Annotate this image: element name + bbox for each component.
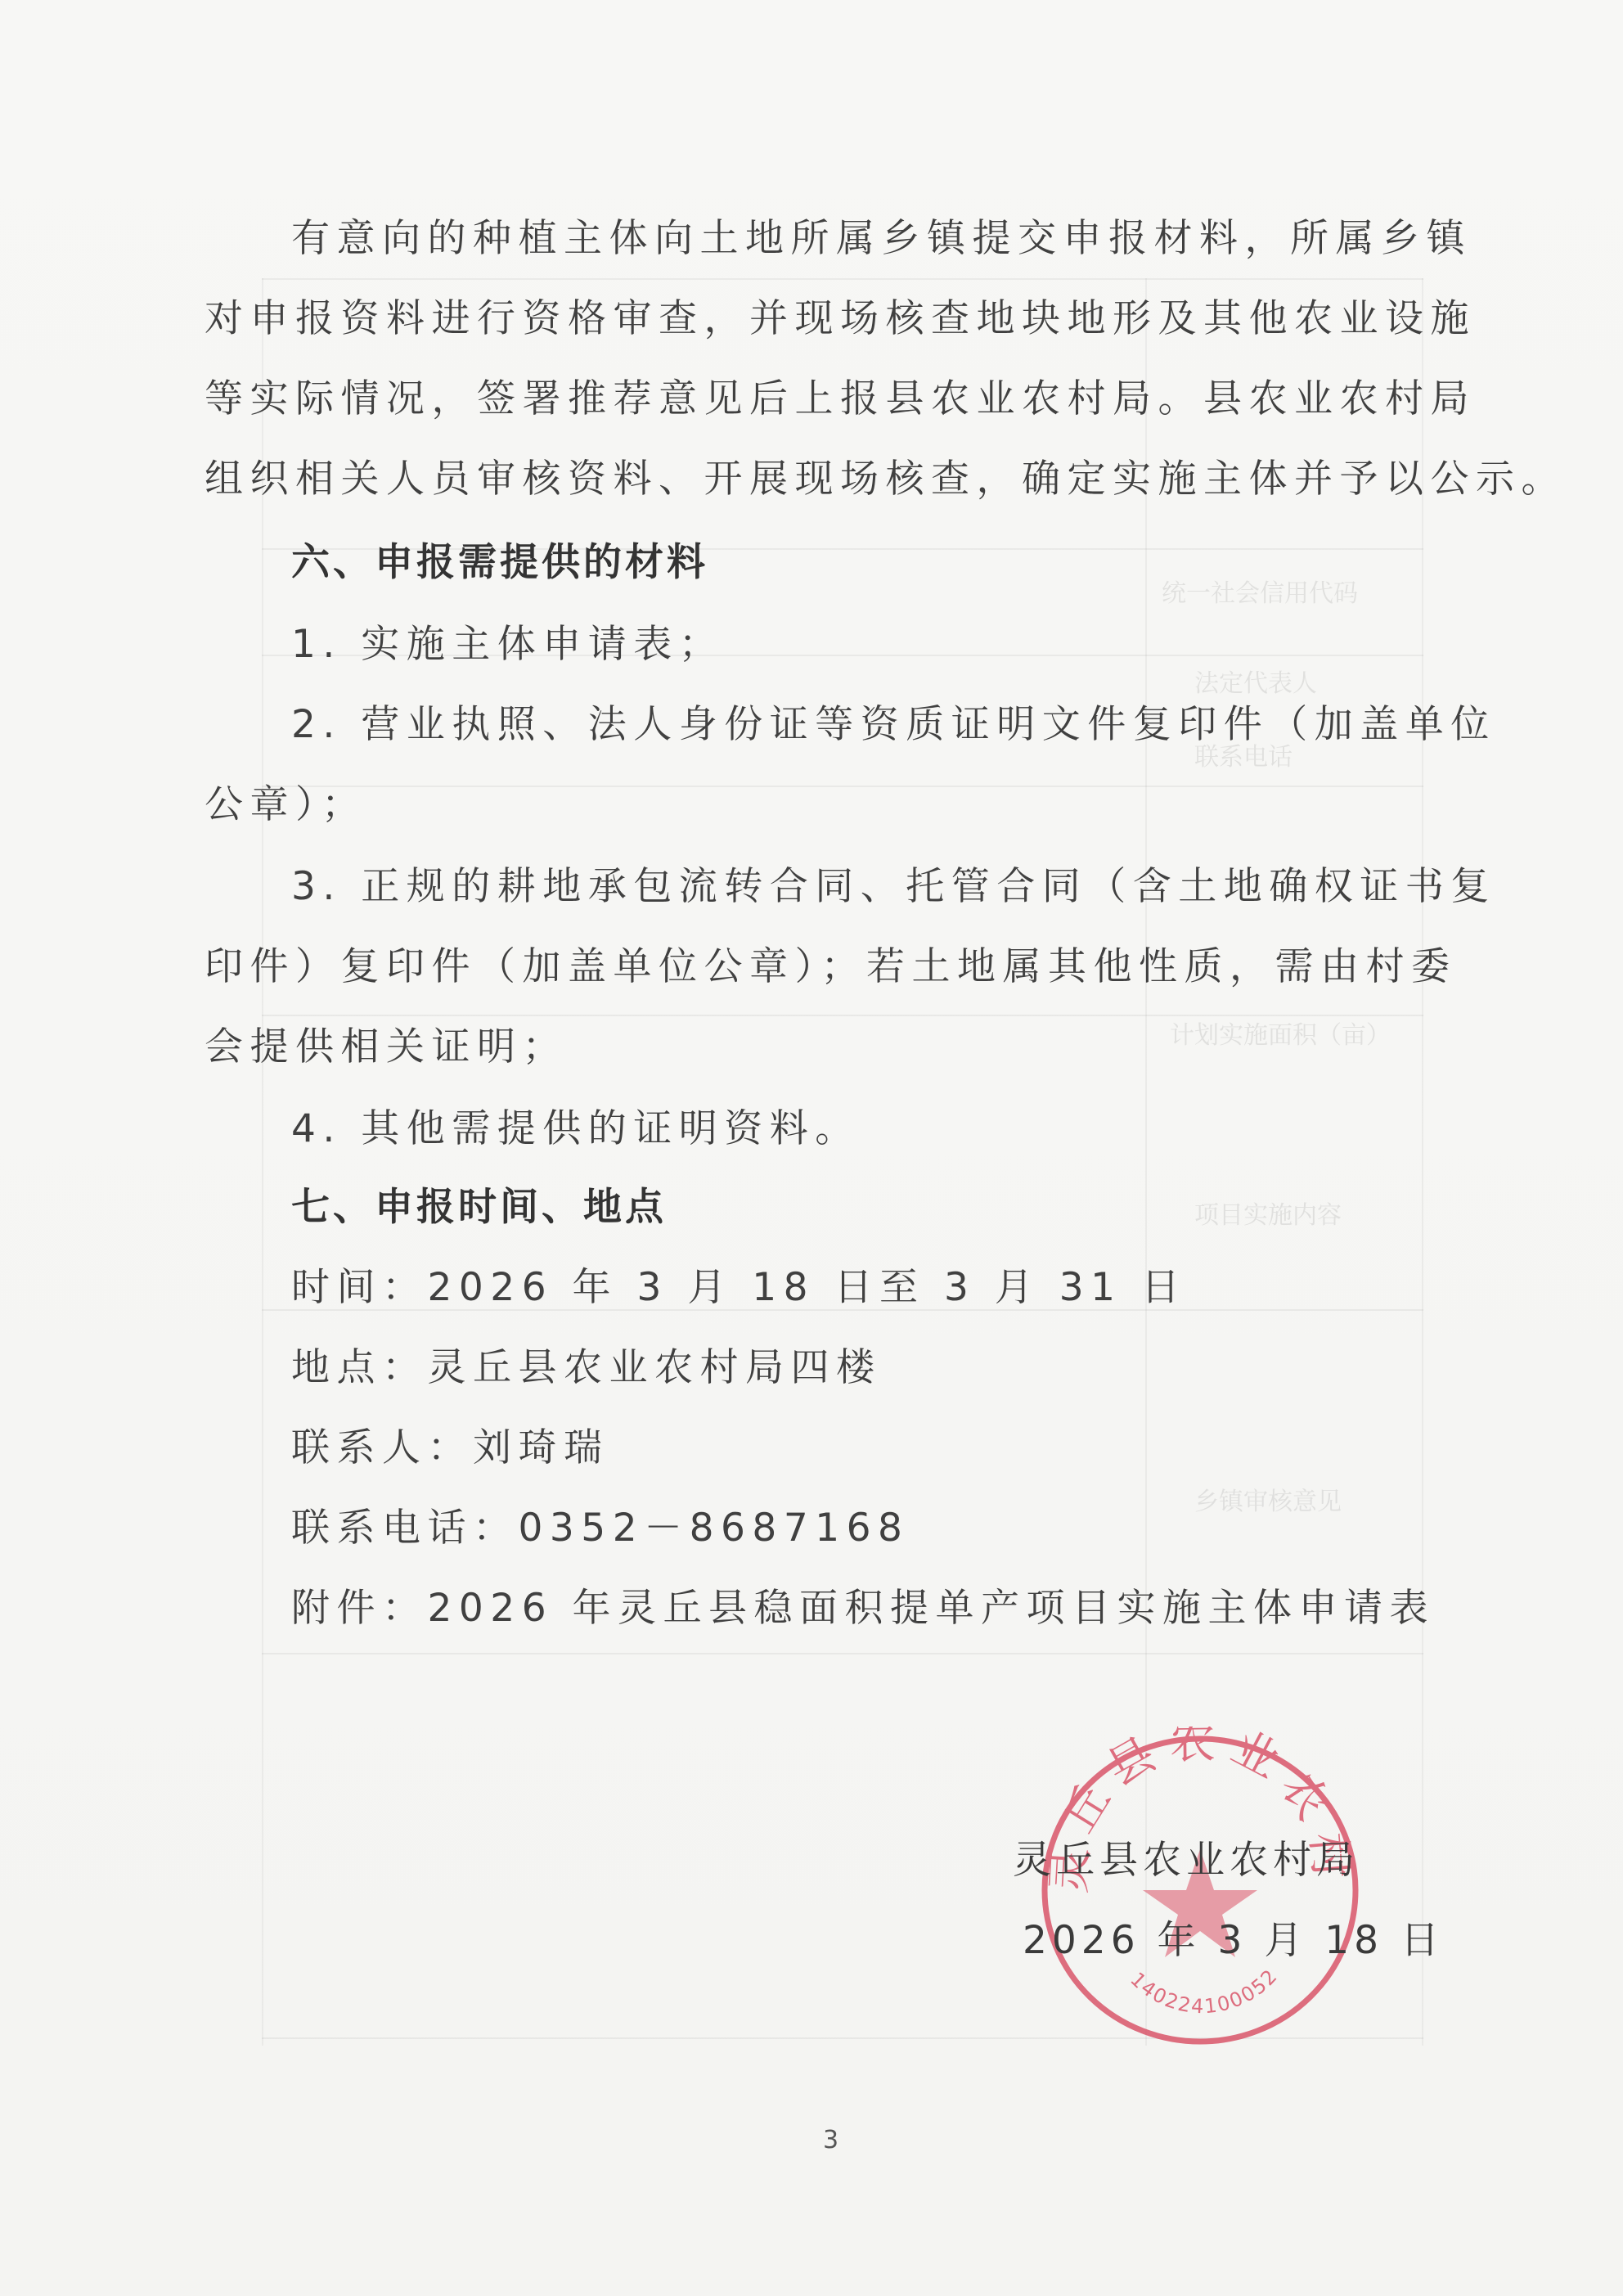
list-item-continuation: 会提供相关证明； [205,1028,568,1066]
section-heading-materials: 六、申报需提供的材料 [291,543,708,582]
list-item-continuation: 公章）； [205,786,367,824]
list-item-continuation: 印件）复印件（加盖单位公章）；若土地属其他性质，需由村委 [205,948,1457,986]
list-item: 2. 营业执照、法人身份证等资质证明文件复印件（加盖单位 [291,705,1496,744]
paragraph-line: 有意向的种植主体向土地所属乡镇提交申报材料，所属乡镇 [291,219,1472,258]
application-time: 时间：2026 年 3 月 18 日至 3 月 31 日 [291,1268,1187,1307]
application-location: 地点：灵丘县农业农村局四楼 [291,1348,882,1387]
document-page: 统一社会信用代码 法定代表人 联系电话 计划实施面积（亩） 项目实施内容 乡镇审… [0,0,1623,2296]
page-number: 3 [823,2126,838,2154]
contact-person: 联系人：刘琦瑞 [291,1429,609,1467]
paragraph-line: 对申报资料进行资格审查，并现场核查地块地形及其他农业设施 [205,299,1476,338]
list-item: 3. 正规的耕地承包流转合同、托管合同（含土地确权证书复 [291,867,1496,906]
paragraph-line: 等实际情况，签署推荐意见后上报县农业农村局。县农业农村局 [205,380,1476,418]
official-seal-icon: 灵丘县农业农村局 1402241000521 [1032,1727,1368,2054]
issue-date: 2026 年 3 月 18 日 [1023,1910,1444,1965]
list-item: 1. 实施主体申请表； [291,625,724,664]
section-heading-time-place: 七、申报时间、地点 [291,1188,667,1227]
issuing-organization: 灵丘县农业农村局 [1013,1830,1360,1884]
contact-phone: 联系电话：0352－8687168 [291,1509,909,1547]
paragraph-line: 组织相关人员审核资料、开展现场核查，确定实施主体并予以公示。 [205,460,1567,498]
attachment-note: 附件：2026 年灵丘县稳面积提单产项目实施主体申请表 [291,1589,1435,1627]
list-item: 4. 其他需提供的证明资料。 [291,1110,861,1148]
